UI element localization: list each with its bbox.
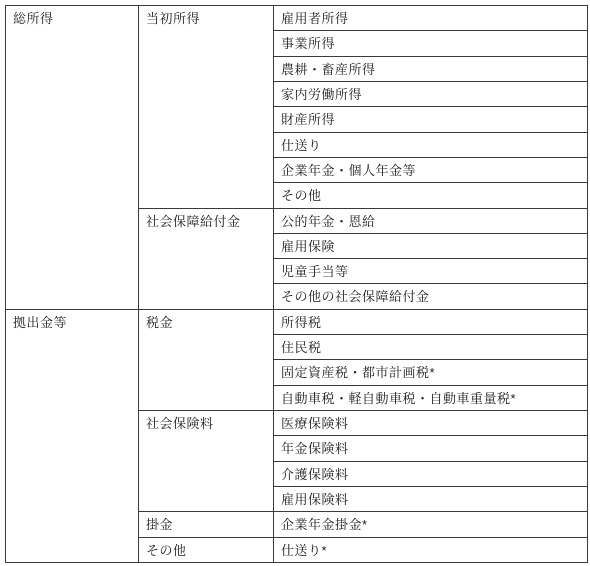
item-cell: 住民税 [274, 335, 588, 360]
item-cell: 仕送り [274, 132, 588, 157]
item-cell: 医療保険料 [274, 411, 588, 436]
item-cell: 自動車税・軽自動車税・自動車重量税* [274, 385, 588, 410]
item-cell: 雇用者所得 [274, 6, 588, 31]
item-cell: 介護保険料 [274, 461, 588, 486]
item-cell: 公的年金・恩給 [274, 208, 588, 233]
table-row: 総所得 当初所得 雇用者所得 [6, 6, 588, 31]
item-cell: 仕送り* [274, 537, 588, 562]
item-cell: 年金保険料 [274, 436, 588, 461]
table-row: 拠出金等 税金 所得税 [6, 309, 588, 334]
item-cell: 事業所得 [274, 31, 588, 56]
item-cell: 企業年金掛金* [274, 512, 588, 537]
group-cell-other: その他 [139, 537, 274, 562]
group-cell-social-insurance-premiums: 社会保険料 [139, 411, 274, 512]
item-cell: 児童手当等 [274, 259, 588, 284]
item-cell: 雇用保険料 [274, 486, 588, 511]
item-cell: 財産所得 [274, 107, 588, 132]
item-cell: 家内労働所得 [274, 81, 588, 106]
item-cell: 固定資産税・都市計画税* [274, 360, 588, 385]
item-cell: 農耕・畜産所得 [274, 56, 588, 81]
group-cell-initial-income: 当初所得 [139, 6, 274, 209]
item-cell: 雇用保険 [274, 233, 588, 258]
group-cell-premium-payments: 掛金 [139, 512, 274, 537]
group-cell-social-security-benefits: 社会保障給付金 [139, 208, 274, 309]
category-cell-total-income: 総所得 [6, 6, 139, 310]
income-classification-table: 総所得 当初所得 雇用者所得 事業所得 農耕・畜産所得 家内労働所得 財産所得 … [5, 5, 588, 563]
income-classification-table-container: 総所得 当初所得 雇用者所得 事業所得 農耕・畜産所得 家内労働所得 財産所得 … [5, 5, 588, 563]
item-cell: 企業年金・個人年金等 [274, 157, 588, 182]
item-cell: 所得税 [274, 309, 588, 334]
item-cell: その他 [274, 183, 588, 208]
item-cell: その他の社会保障給付金 [274, 284, 588, 309]
category-cell-contributions: 拠出金等 [6, 309, 139, 562]
group-cell-taxes: 税金 [139, 309, 274, 410]
